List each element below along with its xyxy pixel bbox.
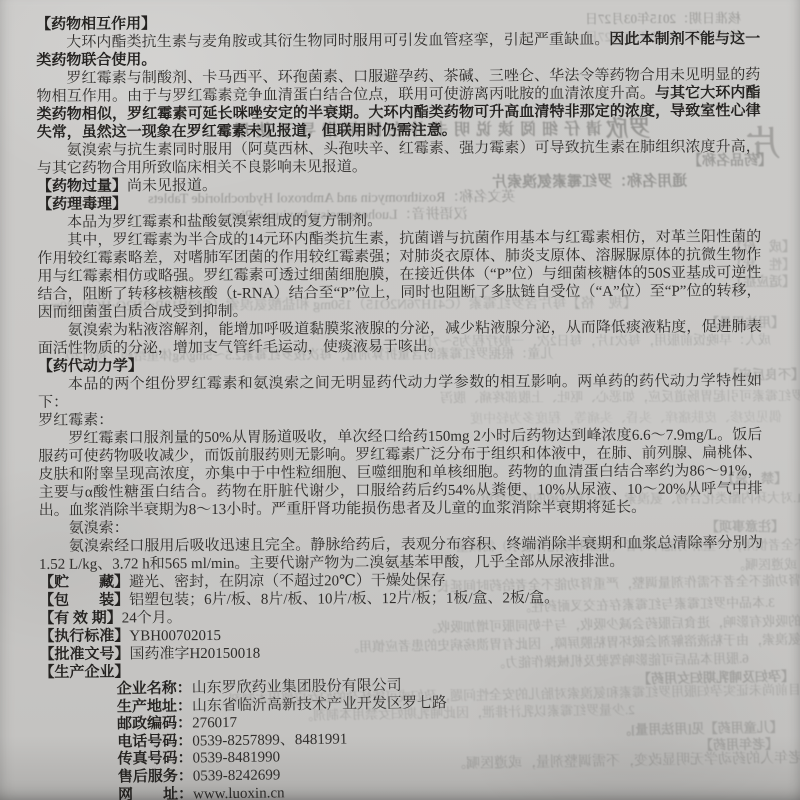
validity-label: 【有 效 期】 [39, 610, 122, 626]
interaction-paragraph-1: 大环内酯类抗生素与麦角胺或其衍生物同时服用可引发血管痉挛，引起严重缺血。因此本制… [36, 30, 760, 70]
manufacturer-fax-label: 传真号码： [117, 751, 192, 768]
manufacturer-address-value: 山东省临沂高新技术产业开发区罗七路 [192, 695, 447, 714]
standard-text: YBH00702015 [129, 628, 221, 644]
pharmacokinetics-paragraph-1: 本品的两个组份罗红霉素和氨溴索之间无明显药代动力学参数的相互影响。两单药的药代动… [38, 372, 762, 412]
packaging-label: 【包 装】 [39, 592, 129, 608]
overdose-label: 【药物过量】 [37, 178, 127, 194]
pharmacology-paragraph-3: 氨溴索为粘液溶解剂，能增加呼吸道黏膜浆液腺的分泌，减少粘液腺分泌，从而降低痰液粘… [38, 318, 762, 358]
interaction-paragraph-2: 罗红霉素与制酸剂、卡马西平、环孢菌素、口服避孕药、茶碱、三唑仑、华法令等药物合用… [36, 66, 760, 142]
manufacturer-service-label: 售后服务： [118, 768, 193, 785]
manufacturer-postcode-label: 邮政编码： [117, 716, 192, 733]
leaflet-photo: 核准日期：2015年03月27日 修改日期：2015年05月27日 请仔细阅读说… [0, 0, 800, 800]
manufacturer-address-label: 生产地址： [117, 698, 192, 715]
manufacturer-block: 企业名称：山东罗欣药业集团股份有限公司 生产地址：山东省临沂高新技术产业开发区罗… [117, 673, 766, 800]
manufacturer-phone-value: 0539-8257899、8481991 [192, 731, 347, 749]
pharmacokinetics-paragraph-3: 氨溴索经口服用后吸收迅速且完全。静脉给药后，表观分布容积、终端消除半衰期和血浆总… [39, 534, 763, 574]
manufacturer-fax-value: 0539-8481990 [192, 750, 280, 767]
storage-text: 避光、密封，在阴凉（不超过20℃）干燥处保存 [129, 573, 446, 591]
pharmacology-paragraph-2: 其中，罗红霉素为半合成的14元环内酯类抗生素，抗菌谱与抗菌作用基本与红霉素相仿，… [37, 228, 761, 322]
overdose-text: 尚未见报道。 [127, 178, 217, 194]
interaction-paragraph-3: 氨溴索与抗生素同时服用（阿莫西林、头孢呋辛、红霉素、强力霉素）可导致抗生素在肺组… [37, 138, 761, 178]
packaging-text: 铝塑包装；6片/板、8片/板、10片/板、12片/板；1板/盒、2板/盒。 [129, 590, 559, 608]
storage-label: 【贮 藏】 [39, 574, 129, 590]
manufacturer-phone-label: 电话号码： [117, 733, 192, 750]
manufacturer-postcode-value: 276017 [192, 715, 237, 732]
manufacturer-name-value: 山东罗欣药业集团股份有限公司 [192, 678, 402, 697]
approval-label: 【批准文号】 [39, 646, 129, 662]
standard-label: 【执行标准】 [39, 628, 129, 644]
manufacturer-website-label: 网 址： [118, 786, 193, 800]
manufacturer-website-value: www.luoxin.cn [193, 785, 285, 800]
interaction-p2-text: 罗红霉素与制酸剂、卡马西平、环孢菌素、口服避孕药、茶碱、三唑仑、华法令等药物合用… [36, 67, 760, 105]
approval-text: 国药准字H20150018 [129, 646, 260, 663]
manufacturer-name-label: 企业名称： [117, 681, 192, 698]
pharmacokinetics-paragraph-2: 罗红霉素口服剂量的50%从胃肠道吸收，单次经口给药150mg 2小时后药物达到峰… [38, 426, 762, 520]
validity-text: 24个月。 [122, 610, 182, 626]
manufacturer-service-value: 0539-8242699 [193, 767, 281, 784]
leaflet-text: 【药物相互作用】 大环内酯类抗生素与麦角胺或其衍生物同时服用可引发血管痉挛，引起… [0, 0, 800, 800]
interaction-p1-text: 大环内酯类抗生素与麦角胺或其衍生物同时服用可引发血管痉挛，引起严重缺血。 [66, 32, 609, 51]
